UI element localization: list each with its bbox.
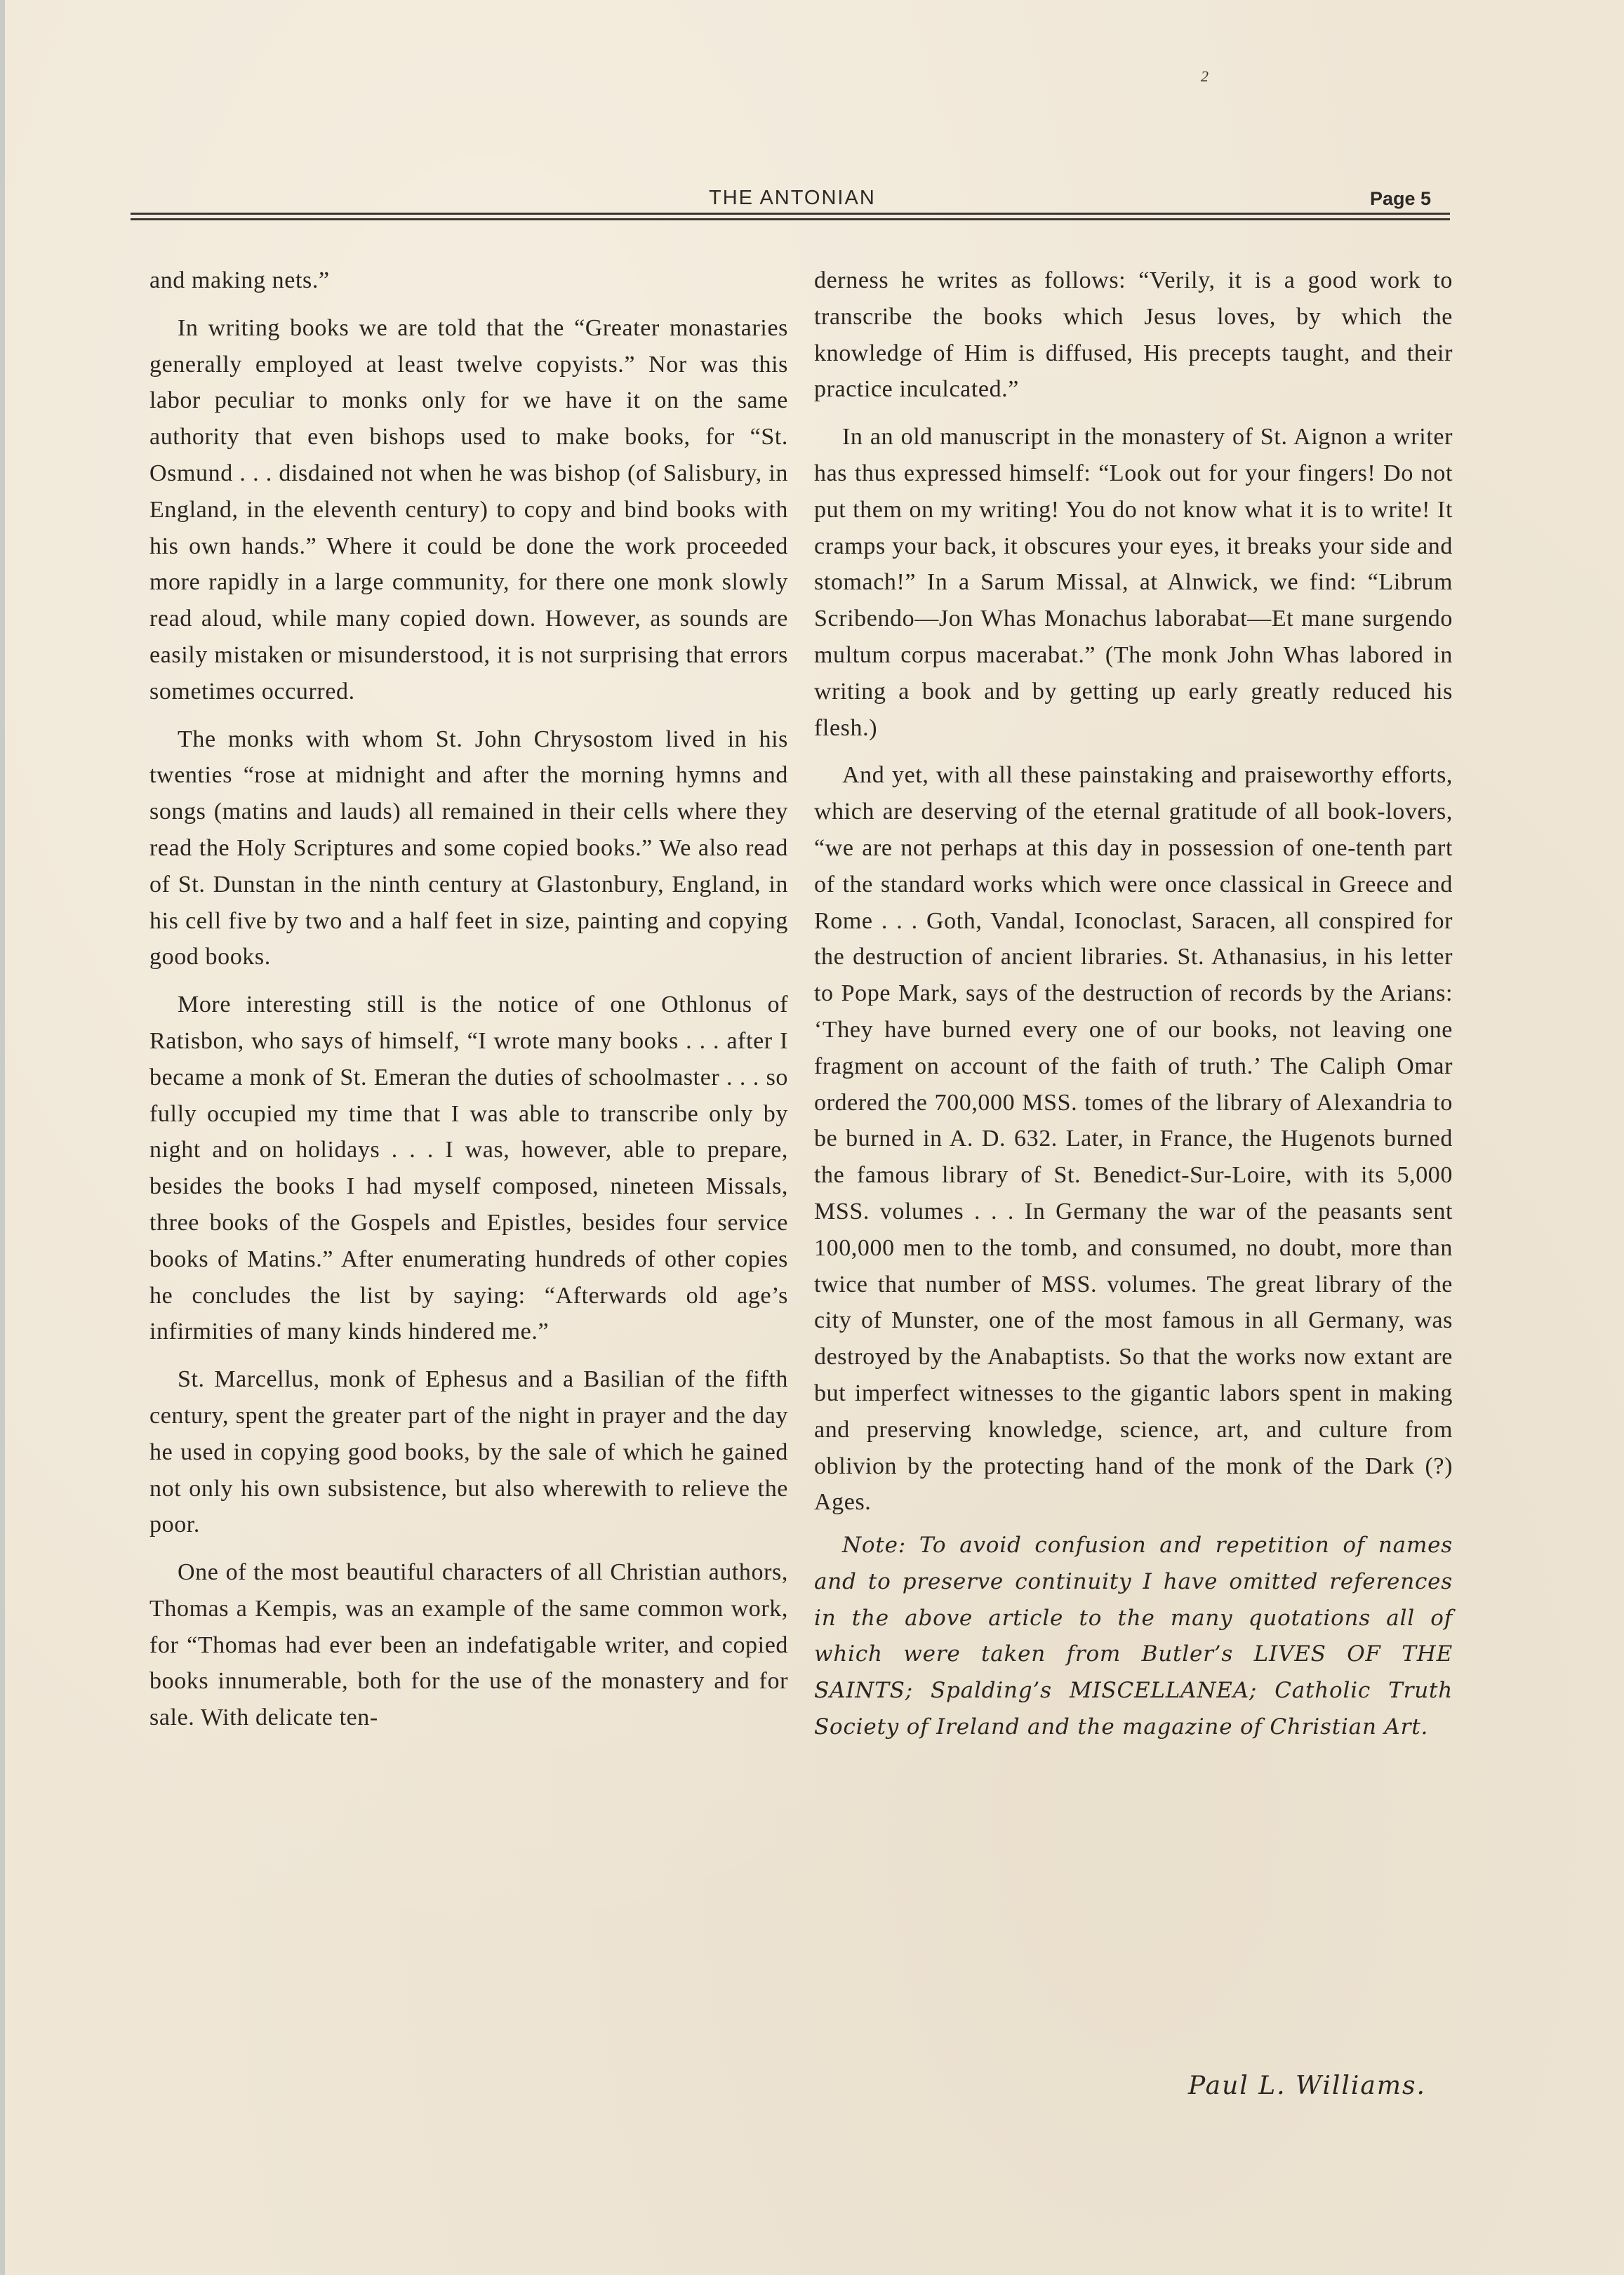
paragraph: In writing books we are told that the “G… bbox=[149, 310, 788, 710]
pencil-mark: 2 bbox=[1201, 67, 1209, 86]
paragraph: And yet, with all these painstaking and … bbox=[814, 757, 1453, 1521]
author-note: Note: To avoid confusion and repetition … bbox=[814, 1528, 1453, 1746]
paragraph: The monks with whom St. John Chrysostom … bbox=[149, 721, 788, 976]
paragraph: St. Marcellus, monk of Ephesus and a Bas… bbox=[149, 1361, 788, 1543]
magazine-page: 2 THE ANTONIAN Page 5 and making nets.” … bbox=[0, 0, 1624, 2275]
left-column: and making nets.” In writing books we ar… bbox=[149, 262, 788, 1747]
header-rule-bottom bbox=[131, 218, 1450, 220]
right-column: derness he writes as follows: “Verily, i… bbox=[814, 262, 1453, 1757]
paragraph: derness he writes as follows: “Verily, i… bbox=[814, 262, 1453, 408]
paragraph: More interesting still is the notice of … bbox=[149, 987, 788, 1350]
author-signature: Paul L. Williams. bbox=[1188, 2071, 1426, 2100]
paragraph: In an old manuscript in the monastery of… bbox=[814, 419, 1453, 746]
scan-edge bbox=[0, 0, 5, 2275]
publication-title: THE ANTONIAN bbox=[709, 187, 876, 210]
page-number: Page 5 bbox=[1370, 188, 1431, 210]
header-rule-top bbox=[131, 213, 1450, 215]
paragraph: One of the most beautiful characters of … bbox=[149, 1554, 788, 1736]
paragraph: and making nets.” bbox=[149, 262, 788, 299]
